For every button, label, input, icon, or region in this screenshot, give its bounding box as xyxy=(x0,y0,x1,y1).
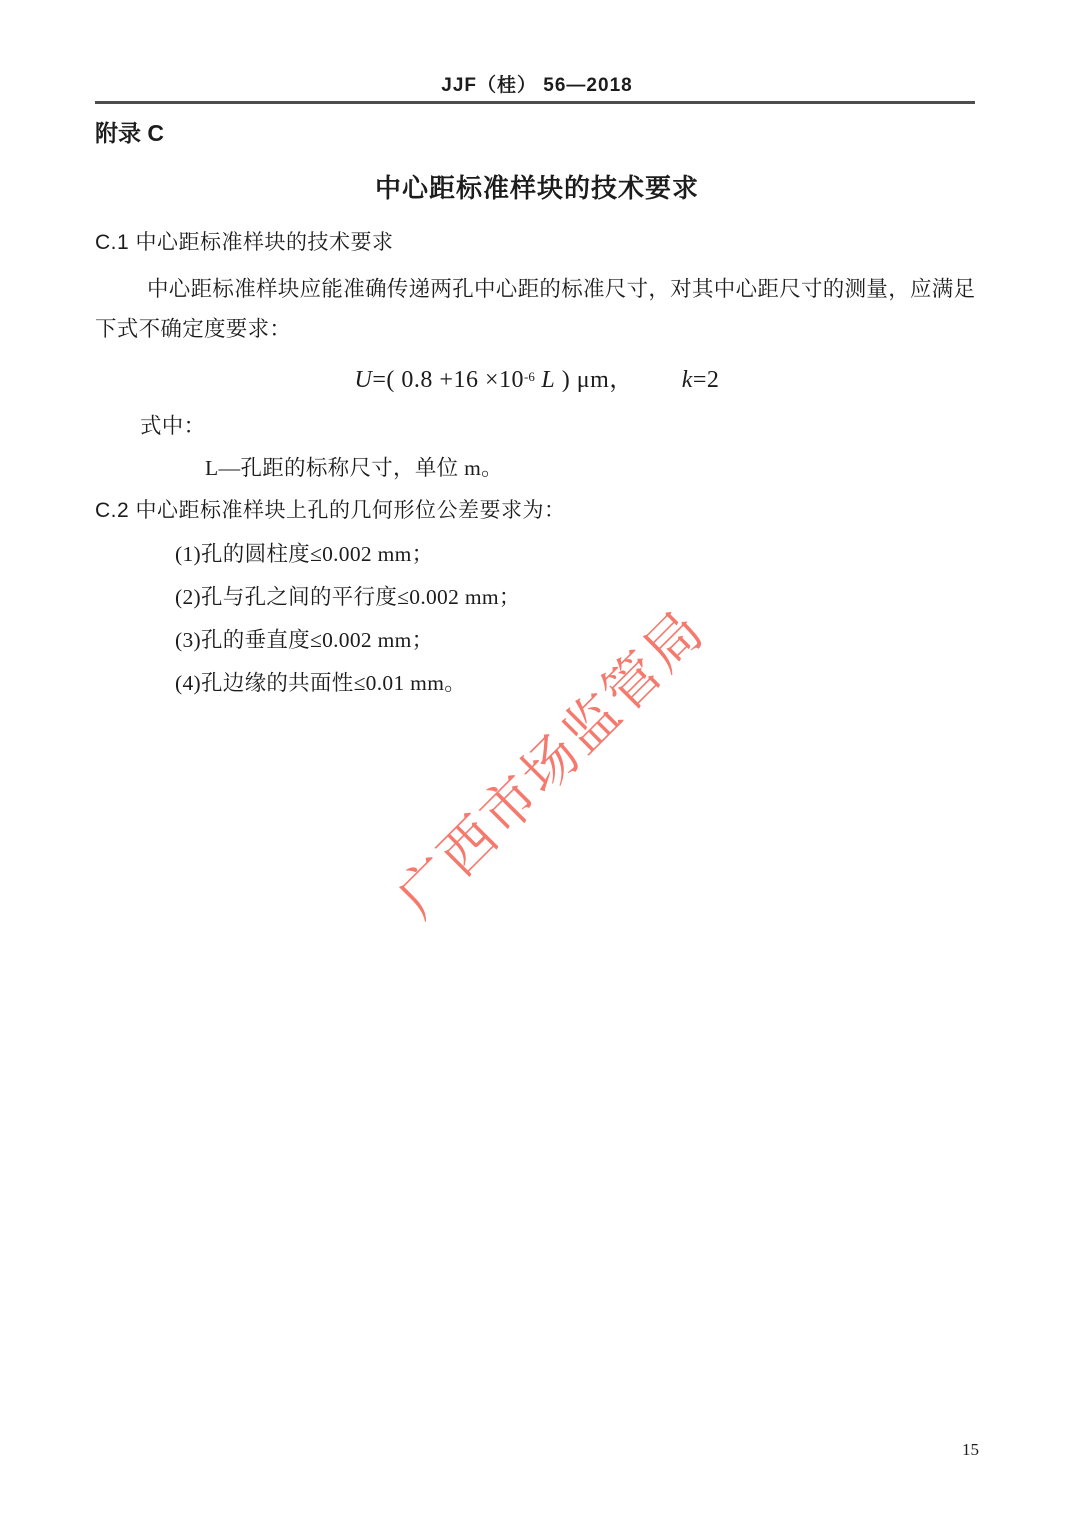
where-label: 式中： xyxy=(140,409,205,440)
c2-list-item: (4)孔边缘的共面性≤0.01 mm。 xyxy=(175,666,466,697)
c2-list-item: (2)孔与孔之间的平行度≤0.002 mm； xyxy=(175,580,521,611)
header-doc-number: JJF（桂） 56—2018 xyxy=(0,70,1074,97)
l-definition-line: L—孔距的标称尺寸，单位 m。 xyxy=(205,451,503,482)
page-number: 15 xyxy=(962,1440,979,1460)
appendix-label: 附录 C xyxy=(95,115,164,148)
uncertainty-formula: U=( 0.8 +16 ×10-6 L ) μm，k=2 xyxy=(0,359,1074,394)
formula-u-symbol: U xyxy=(355,367,373,393)
section-c1-heading: C.1 中心距标准样块的技术要求 xyxy=(95,226,394,256)
formula-k-value: =2 xyxy=(693,367,720,393)
c1-paragraph-line1: 中心距标准样块应能准确传递两孔中心距的标准尺寸，对其中心距尺寸的测量，应满足 xyxy=(147,272,975,303)
l-definition-text: —孔距的标称尺寸，单位 m。 xyxy=(219,456,503,480)
document-page: JJF（桂） 56—2018 附录 C 中心距标准样块的技术要求 C.1 中心距… xyxy=(0,0,1074,1520)
c2-list-item: (1)孔的圆柱度≤0.002 mm； xyxy=(175,537,433,568)
c1-paragraph-line2: 下式不确定度要求： xyxy=(95,312,291,343)
appendix-title: 中心距标准样块的技术要求 xyxy=(0,168,1074,205)
formula-unit: ) μm， xyxy=(555,367,634,393)
header-rule xyxy=(95,101,975,104)
formula-k-symbol: k xyxy=(682,367,693,393)
formula-l-symbol: L xyxy=(541,367,555,393)
formula-body: =( 0.8 +16 ×10 xyxy=(372,367,524,393)
l-symbol: L xyxy=(205,456,219,480)
section-c2-heading: C.2 中心距标准样块上孔的几何形位公差要求为： xyxy=(95,494,566,524)
c2-list-item: (3)孔的垂直度≤0.002 mm； xyxy=(175,623,433,654)
formula-exponent: -6 xyxy=(524,369,535,384)
